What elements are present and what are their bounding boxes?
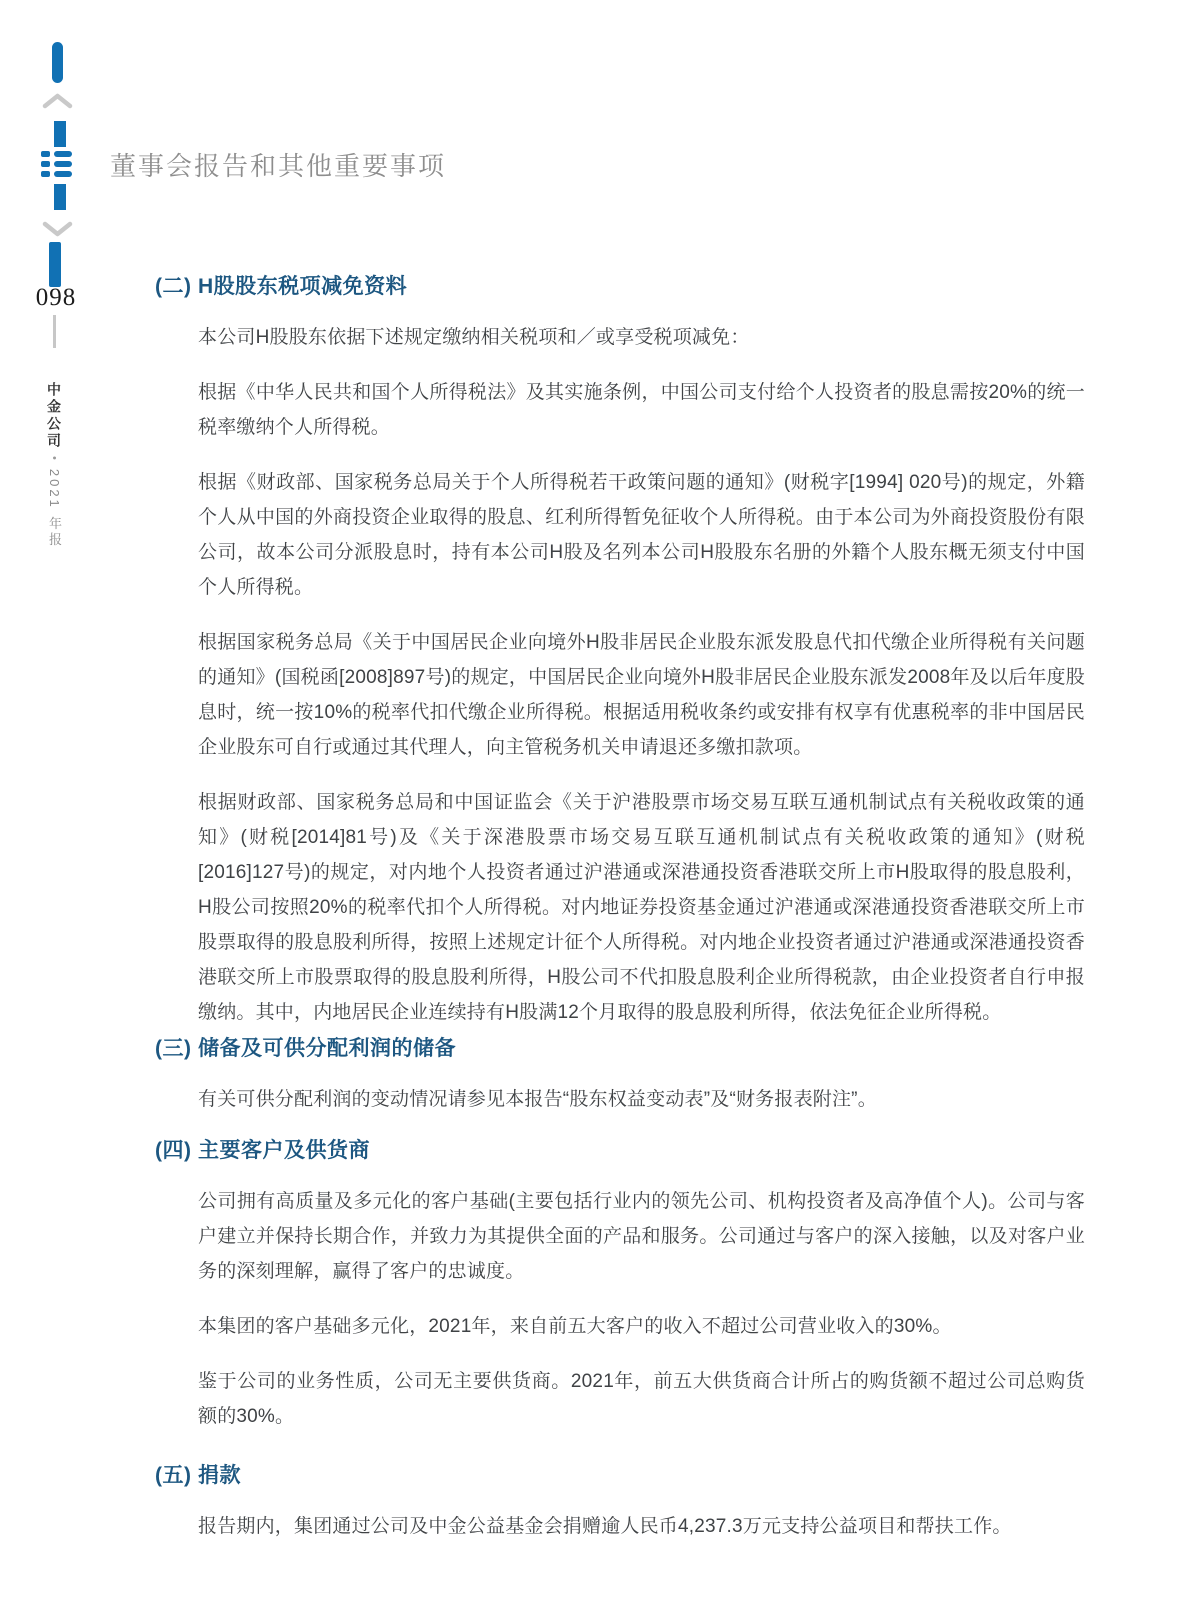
paragraph: 根据国家税务总局《关于中国居民企业向境外H股非居民企业股东派发股息代扣代缴企业所… bbox=[198, 625, 1085, 765]
paragraph: 根据《财政部、国家税务总局关于个人所得税若干政策问题的通知》(财税字[1994]… bbox=[198, 465, 1085, 605]
paragraph: 鉴于公司的业务性质，公司无主要供货商。2021年，前五大供货商合计所占的购货额不… bbox=[198, 1364, 1085, 1434]
section-body: 本公司H股股东依据下述规定缴纳相关税项和／或享受税项减免： 根据《中华人民共和国… bbox=[155, 320, 1085, 1030]
report-page: 098 中金公司•2021 年报 董事会报告和其他重要事项 (二) H股股东税项… bbox=[0, 0, 1190, 1615]
rail-block-lower bbox=[54, 184, 66, 210]
spine-company-name: 中金公司 bbox=[46, 382, 62, 450]
spine-bullet: • bbox=[48, 456, 60, 463]
section-title: H股股东税项减免资料 bbox=[198, 272, 407, 302]
rail-divider-line bbox=[53, 315, 56, 348]
section-reserves: (三) 储备及可供分配利润的储备 有关可供分配利润的变动情况请参见本报告“股东权… bbox=[155, 1034, 1085, 1117]
paragraph: 有关可供分配利润的变动情况请参见本报告“股东权益变动表”及“财务报表附注”。 bbox=[198, 1082, 1085, 1117]
section-heading: (五) 捐款 bbox=[155, 1461, 1085, 1491]
section-heading: (二) H股股东税项减免资料 bbox=[155, 272, 1085, 302]
paragraph: 本公司H股股东依据下述规定缴纳相关税项和／或享受税项减免： bbox=[198, 320, 1085, 355]
section-title: 主要客户及供货商 bbox=[198, 1136, 370, 1166]
section-number: (四) bbox=[155, 1136, 198, 1166]
list-icon-row bbox=[41, 151, 72, 157]
paragraph: 报告期内，集团通过公司及中金公益基金会捐赠逾人民币4,237.3万元支持公益项目… bbox=[198, 1509, 1085, 1544]
list-icon-row bbox=[41, 171, 72, 177]
chevron-down-icon bbox=[42, 220, 73, 238]
section-body: 公司拥有高质量及多元化的客户基础(主要包括行业内的领先公司、机构投资者及高净值个… bbox=[155, 1184, 1085, 1434]
paragraph: 根据《中华人民共和国个人所得税法》及其实施条例，中国公司支付给个人投资者的股息需… bbox=[198, 375, 1085, 445]
section-number: (二) bbox=[155, 272, 198, 302]
section-body: 有关可供分配利润的变动情况请参见本报告“股东权益变动表”及“财务报表附注”。 bbox=[155, 1082, 1085, 1117]
chevron-up-icon bbox=[42, 92, 73, 110]
spine-edition: 2021 年报 bbox=[47, 469, 62, 549]
rail-page-marker-bar bbox=[49, 242, 61, 287]
list-icon bbox=[41, 151, 72, 181]
spine-text: 中金公司•2021 年报 bbox=[44, 382, 64, 642]
chapter-header-title: 董事会报告和其他重要事项 bbox=[110, 146, 446, 183]
section-number: (三) bbox=[155, 1034, 198, 1064]
section-heading: (三) 储备及可供分配利润的储备 bbox=[155, 1034, 1085, 1064]
paragraph: 公司拥有高质量及多元化的客户基础(主要包括行业内的领先公司、机构投资者及高净值个… bbox=[198, 1184, 1085, 1289]
paragraph: 本集团的客户基础多元化，2021年，来自前五大客户的收入不超过公司营业收入的30… bbox=[198, 1309, 1085, 1344]
section-heading: (四) 主要客户及供货商 bbox=[155, 1136, 1085, 1166]
list-icon-row bbox=[41, 161, 72, 167]
rail-capsule-bar bbox=[52, 42, 63, 83]
section-h-share-tax-relief: (二) H股股东税项减免资料 本公司H股股东依据下述规定缴纳相关税项和／或享受税… bbox=[155, 272, 1085, 1030]
section-donations: (五) 捐款 报告期内，集团通过公司及中金公益基金会捐赠逾人民币4,237.3万… bbox=[155, 1461, 1085, 1544]
paragraph: 根据财政部、国家税务总局和中国证监会《关于沪港股票市场交易互联互通机制试点有关税… bbox=[198, 785, 1085, 1030]
section-body: 报告期内，集团通过公司及中金公益基金会捐赠逾人民币4,237.3万元支持公益项目… bbox=[155, 1509, 1085, 1544]
rail-block-upper bbox=[54, 121, 66, 147]
section-number: (五) bbox=[155, 1461, 198, 1491]
section-title: 储备及可供分配利润的储备 bbox=[198, 1034, 456, 1064]
page-number: 098 bbox=[34, 284, 78, 312]
section-major-clients-suppliers: (四) 主要客户及供货商 公司拥有高质量及多元化的客户基础(主要包括行业内的领先… bbox=[155, 1136, 1085, 1434]
section-title: 捐款 bbox=[198, 1461, 241, 1491]
